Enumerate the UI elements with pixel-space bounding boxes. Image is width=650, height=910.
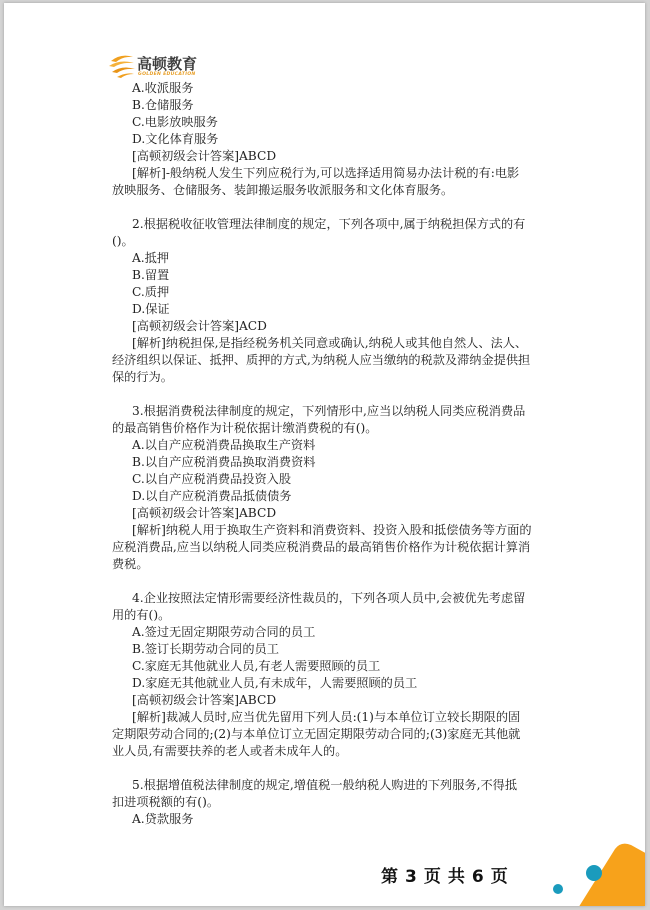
question-1: A.收派服务 B.仓储服务 C.电影放映服务 D.文化体育服务 [高顿初级会计答… (112, 80, 562, 199)
question-4: 4.企业按照法定情形需要经济性裁员的，下列各项人员中,会被优先考虑留 用的有()… (112, 590, 562, 760)
analysis-line: [解析]纳税担保,是指经税务机关同意或确认,纳税人或其他自然人、法人、 (112, 335, 562, 352)
page-label-prefix: 第 (381, 867, 399, 887)
analysis-line: 业人员,有需要扶养的老人或者未成年人的。 (112, 743, 562, 760)
page-number-footer: 第3页共6页 (381, 862, 515, 887)
analysis-line: 放映服务、仓储服务、装卸搬运服务收派服务和文化体育服务。 (112, 182, 562, 199)
option-c: C.以自产应税消费品投资入股 (112, 471, 562, 488)
total-label: 共 (448, 867, 466, 887)
option-c: C.质押 (112, 284, 562, 301)
question-5: 5.根据增值税法律制度的规定,增值税一般纳税人购进的下列服务,不得抵 扣进项税额… (112, 777, 562, 828)
orange-corner-decoration (569, 833, 645, 906)
question-stem: 2.根据税收征收管理法律制度的规定，下列各项中,属于纳税担保方式的有 (112, 216, 562, 233)
option-a: A.收派服务 (112, 80, 562, 97)
logo-english-text: GOLDEN EDUCATION (138, 72, 196, 77)
document-page: 高顿教育 GOLDEN EDUCATION A.收派服务 B.仓储服务 C.电影… (4, 3, 645, 906)
answer: [高顿初级会计答案]ABCD (112, 505, 562, 522)
option-b: B.留置 (112, 267, 562, 284)
question-stem: 4.企业按照法定情形需要经济性裁员的，下列各项人员中,会被优先考虑留 (112, 590, 562, 607)
option-d: D.以自产应税消费品抵债债务 (112, 488, 562, 505)
option-d: D.文化体育服务 (112, 131, 562, 148)
question-stem: 的最高销售价格作为计税依据计缴消费税的有()。 (112, 420, 562, 437)
analysis-line: [解析]-般纳税人发生下列应税行为,可以选择适用简易办法计税的有:电影 (112, 165, 562, 182)
question-stem: 扣进项税额的有()。 (112, 794, 562, 811)
teal-dot-small (553, 884, 563, 894)
option-d: D.家庭无其他就业人员,有未成年，人需要照顾的员工 (112, 675, 562, 692)
option-d: D.保证 (112, 301, 562, 318)
analysis-line: 费税。 (112, 556, 562, 573)
option-a: A.以自产应税消费品换取生产资料 (112, 437, 562, 454)
question-stem: 3.根据消费税法律制度的规定，下列情形中,应当以纳税人同类应税消费品 (112, 403, 562, 420)
golden-education-logo: 高顿教育 GOLDEN EDUCATION (107, 51, 207, 83)
option-c: C.家庭无其他就业人员,有老人需要照顾的员工 (112, 658, 562, 675)
question-3: 3.根据消费税法律制度的规定，下列情形中,应当以纳税人同类应税消费品 的最高销售… (112, 403, 562, 573)
analysis-line: 定期限劳动合同的;(2)与本单位订立无固定期限劳动合同的;(3)家庭无其他就 (112, 726, 562, 743)
question-stem: 5.根据增值税法律制度的规定,增值税一般纳税人购进的下列服务,不得抵 (112, 777, 562, 794)
document-body: A.收派服务 B.仓储服务 C.电影放映服务 D.文化体育服务 [高顿初级会计答… (112, 80, 562, 828)
page-label-suffix: 页 (491, 867, 509, 887)
question-stem: 用的有()。 (112, 607, 562, 624)
answer: [高顿初级会计答案]ACD (112, 318, 562, 335)
logo-chinese-text: 高顿教育 (137, 53, 197, 74)
page-label-mid: 页 (424, 867, 442, 887)
question-2: 2.根据税收征收管理法律制度的规定，下列各项中,属于纳税担保方式的有 ()。 A… (112, 216, 562, 386)
option-a: A.贷款服务 (112, 811, 562, 828)
analysis-line: 应税消费品,应当以纳税人同类应税消费品的最高销售价格作为计税依据计算消 (112, 539, 562, 556)
question-stem: ()。 (112, 233, 562, 250)
total-pages: 6 (472, 867, 485, 887)
analysis-line: 保的行为。 (112, 369, 562, 386)
teal-dot-large (586, 865, 602, 881)
analysis-line: [解析]纳税人用于换取生产资料和消费资料、投资入股和抵偿债务等方面的 (112, 522, 562, 539)
current-page: 3 (405, 867, 418, 887)
option-b: B.仓储服务 (112, 97, 562, 114)
option-b: B.签订长期劳动合同的员工 (112, 641, 562, 658)
answer: [高顿初级会计答案]ABCD (112, 148, 562, 165)
option-c: C.电影放映服务 (112, 114, 562, 131)
option-a: A.抵押 (112, 250, 562, 267)
analysis-line: 经济组织以保证、抵押、质押的方式,为纳税人应当缴纳的税款及滞纳金提供担 (112, 352, 562, 369)
logo-swirl-icon (107, 53, 137, 79)
option-b: B.以自产应税消费品换取消费资料 (112, 454, 562, 471)
analysis-line: [解析]裁减人员时,应当优先留用下列人员:(1)与本单位订立较长期限的固 (112, 709, 562, 726)
option-a: A.签过无固定期限劳动合同的员工 (112, 624, 562, 641)
answer: [高顿初级会计答案]ABCD (112, 692, 562, 709)
